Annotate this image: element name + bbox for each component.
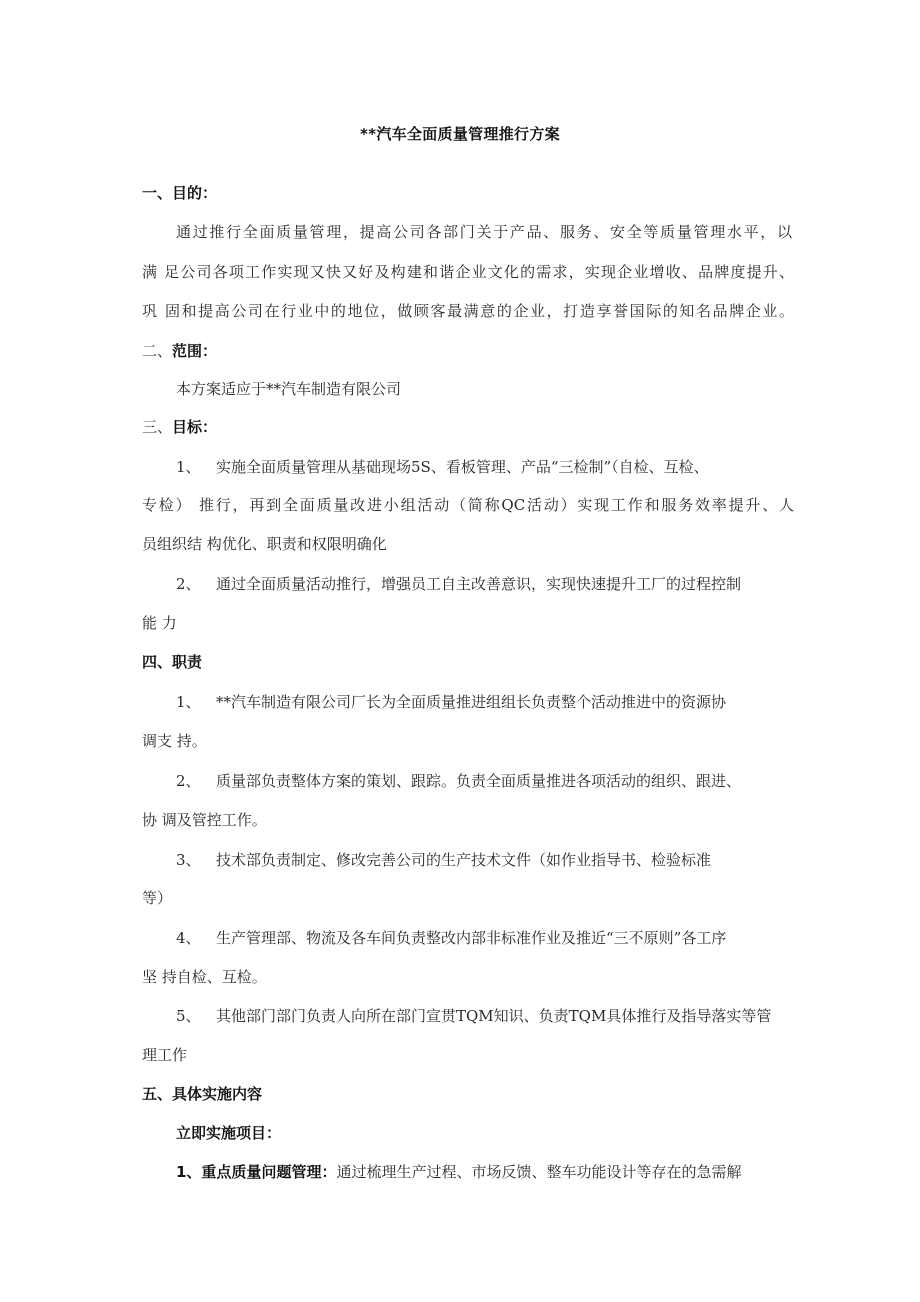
item-number: 2、 — [176, 574, 216, 594]
paragraph-line: 理工作 — [142, 1045, 802, 1065]
section-number: 二、 — [142, 342, 172, 360]
paragraph-line: 协 调及管控工作。 — [142, 810, 802, 830]
item-text: 其他部门部门负责人向所在部门宣贯TQM知识、负责TQM具体推行及指导落实等管 — [216, 1007, 771, 1025]
item-text: 通过梳理生产过程、市场反馈、整车功能设计等存在的急需解 — [336, 1163, 741, 1181]
section-number: 三、 — [142, 418, 172, 436]
paragraph-line: 调支 持。 — [142, 731, 802, 751]
item-text: 通过全面质量活动推行，增强员工自主改善意识，实现快速提升工厂的过程控制 — [216, 575, 741, 593]
list-item-responsibility-4: 4、生产管理部、物流及各车间负责整改内部非标准作业及推近“三不原则”各工序 — [176, 928, 836, 948]
section-label: 范围： — [172, 342, 217, 360]
paragraph-line: 巩 固和提高公司在行业中的地位，做顾客最满意的企业，打造享誉国际的知名品牌企业。 — [142, 301, 794, 321]
paragraph-line: 等） — [142, 888, 802, 908]
item-number: 3、 — [176, 850, 216, 870]
list-item-responsibility-1: 1、**汽车制造有限公司厂长为全面质量推进组组长负责整个活动推进中的资源协 — [176, 692, 836, 712]
item-number: 4、 — [176, 928, 216, 948]
item-text: 实施全面质量管理从基础现场5S、看板管理、产品“三检制”（自检、互检、 — [216, 458, 709, 476]
list-item-implementation-1: 1、重点质量问题管理：通过梳理生产过程、市场反馈、整车功能设计等存在的急需解 — [176, 1162, 836, 1182]
item-number: 1、 — [176, 457, 216, 477]
item-text: 技术部负责制定、修改完善公司的生产技术文件（如作业指导书、检验标准 — [216, 851, 711, 869]
subheading-immediate-items: 立即实施项目： — [176, 1123, 836, 1143]
paragraph-line: 员组织结 构优化、职责和权限明确化 — [142, 534, 802, 554]
section-heading-purpose: 一、目的： — [142, 183, 802, 203]
item-lead: 1、重点质量问题管理： — [176, 1163, 336, 1181]
section-heading-implementation: 五、具体实施内容 — [142, 1084, 802, 1104]
item-number: 1、 — [176, 692, 216, 712]
section-heading-responsibilities: 四、职责 — [142, 652, 802, 672]
item-number: 2、 — [176, 771, 216, 791]
list-item-responsibility-3: 3、技术部负责制定、修改完善公司的生产技术文件（如作业指导书、检验标准 — [176, 850, 836, 870]
item-text: 生产管理部、物流及各车间负责整改内部非标准作业及推近“三不原则”各工序 — [216, 929, 726, 947]
list-item-goal-1: 1、实施全面质量管理从基础现场5S、看板管理、产品“三检制”（自检、互检、 — [176, 457, 836, 477]
list-item-goal-2: 2、通过全面质量活动推行，增强员工自主改善意识，实现快速提升工厂的过程控制 — [176, 574, 836, 594]
section-heading-goals: 三、目标： — [142, 417, 802, 437]
paragraph-line: 通过推行全面质量管理，提高公司各部门关于产品、服务、安全等质量管理水平，以 — [176, 222, 792, 242]
paragraph-line: 专检） 推行，再到全面质量改进小组活动（简称QC活动）实现工作和服务效率提升、人 — [142, 495, 794, 515]
document-page: **汽车全面质量管理推行方案 一、目的： 通过推行全面质量管理，提高公司各部门关… — [0, 0, 920, 1302]
paragraph-line: 满 足公司各项工作实现又快又好及构建和谐企业文化的需求，实现企业增收、品牌度提升… — [142, 262, 794, 282]
document-title: **汽车全面质量管理推行方案 — [0, 123, 920, 144]
paragraph-line: 坚 持自检、互检。 — [142, 967, 802, 987]
list-item-responsibility-2: 2、质量部负责整体方案的策划、跟踪。负责全面质量推进各项活动的组织、跟进、 — [176, 771, 836, 791]
paragraph-line: 能 力 — [142, 613, 802, 633]
section-label: 目标： — [172, 418, 217, 436]
item-text: 质量部负责整体方案的策划、跟踪。负责全面质量推进各项活动的组织、跟进、 — [216, 772, 741, 790]
list-item-responsibility-5: 5、其他部门部门负责人向所在部门宣贯TQM知识、负责TQM具体推行及指导落实等管 — [176, 1006, 836, 1026]
section-heading-scope: 二、范围： — [142, 341, 802, 361]
item-number: 5、 — [176, 1006, 216, 1026]
item-text: **汽车制造有限公司厂长为全面质量推进组组长负责整个活动推进中的资源协 — [216, 693, 726, 711]
paragraph-line: 本方案适应于**汽车制造有限公司 — [176, 379, 836, 399]
